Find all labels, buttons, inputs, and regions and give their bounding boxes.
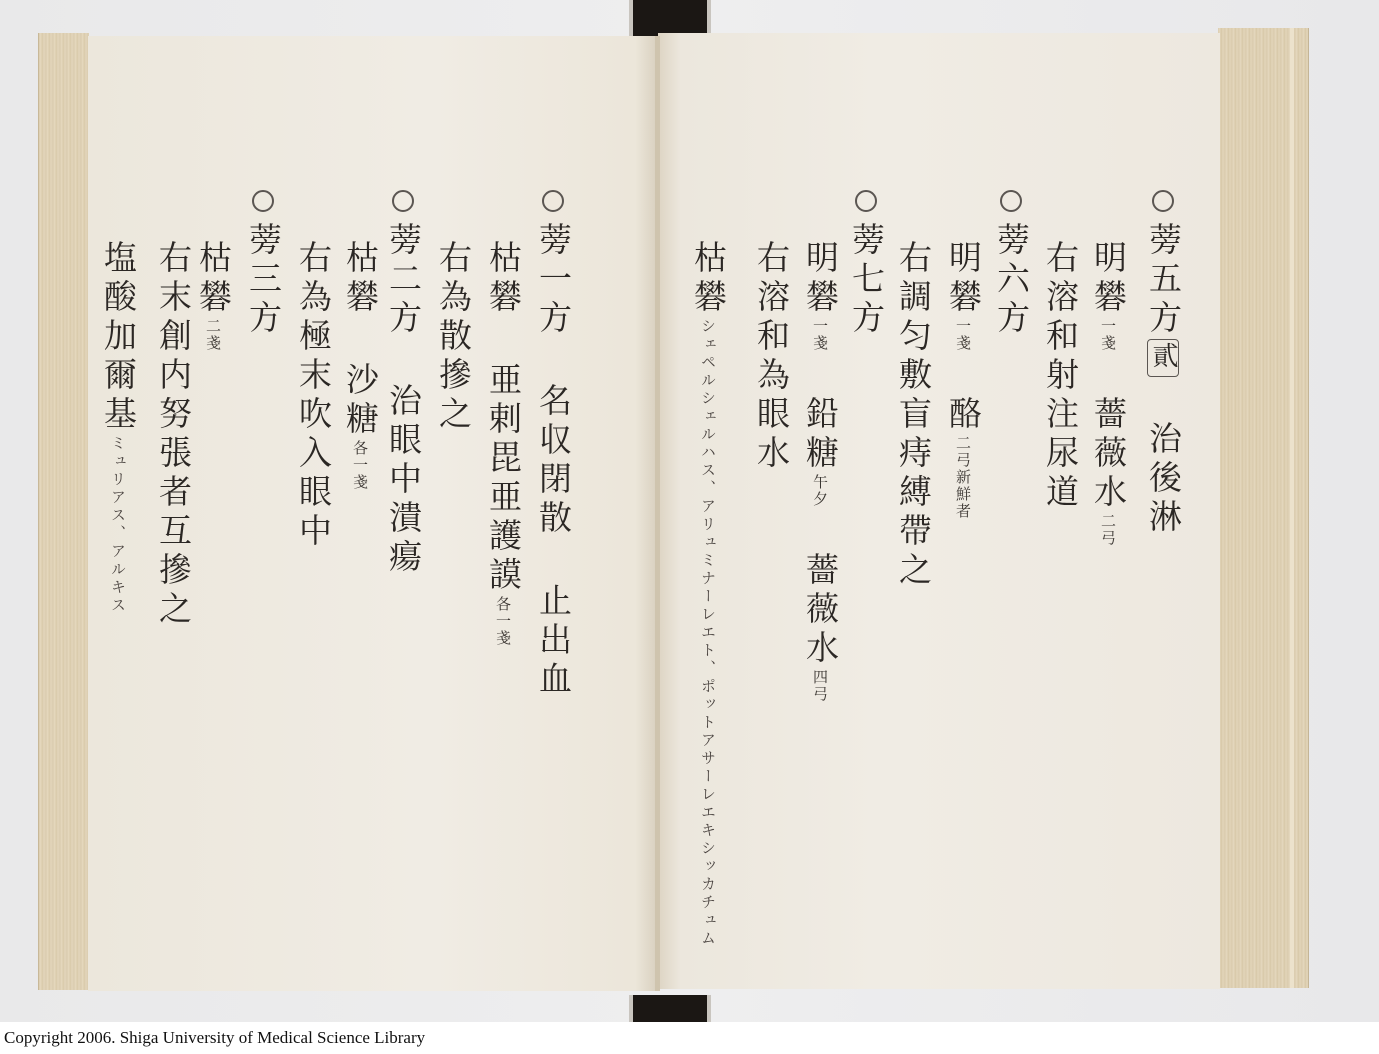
text-column: 枯礬二戔 bbox=[197, 240, 230, 352]
text-column: 枯礬沙糖各一戔 bbox=[344, 240, 377, 491]
column-text: 右調匀敷盲痔縛帶之 bbox=[894, 240, 933, 591]
column-text: 枯礬 bbox=[689, 240, 728, 318]
column-text: 右為極末吹入眼中 bbox=[294, 240, 333, 552]
column-text: 蒡二方 bbox=[384, 222, 423, 339]
column-text: 沙糖 bbox=[341, 362, 380, 440]
dosage-note: 一戔 bbox=[954, 318, 972, 352]
text-column: 蒡三方 bbox=[247, 190, 280, 339]
dosage-note: 各一戔 bbox=[351, 440, 369, 491]
column-text: 枯礬 bbox=[194, 240, 233, 318]
column-text: 蒡三方 bbox=[244, 222, 283, 339]
text-column: 右末創内努張者互摻之 bbox=[157, 240, 190, 630]
right-page-stack-edge bbox=[1218, 28, 1309, 988]
column-text: 蒡五方 bbox=[1144, 222, 1183, 339]
dosage-note: 二弓 bbox=[1099, 513, 1117, 547]
column-text: 名収閉散 bbox=[534, 383, 573, 539]
dosage-note: 二戔 bbox=[204, 318, 222, 352]
column-text: 蒡六方 bbox=[992, 222, 1031, 339]
column-text: 枯礬 bbox=[341, 240, 380, 318]
dosage-note: 二弓 bbox=[954, 435, 972, 469]
dosage-note: 各一戔 bbox=[494, 596, 512, 647]
column-text: 治眼中潰瘍 bbox=[384, 383, 423, 578]
column-text: 右溶和為眼水 bbox=[752, 240, 791, 474]
binding-strap-top bbox=[633, 0, 707, 36]
dosage-note: 四弓 bbox=[811, 669, 829, 703]
circle-marker-icon bbox=[542, 190, 564, 212]
column-text: 酪 bbox=[944, 396, 983, 435]
katakana-gloss: ミュリアス、アルキス bbox=[109, 435, 127, 615]
dosage-note: 新鮮者 bbox=[954, 469, 972, 520]
column-text: 薔薇水 bbox=[1089, 396, 1128, 513]
text-column: 蒡一方名収閉散止出血 bbox=[537, 190, 570, 700]
text-column: 枯礬亜剌毘亜護謨各一戔 bbox=[487, 240, 520, 647]
text-column: 右為極末吹入眼中 bbox=[297, 240, 330, 552]
column-text: 枯礬 bbox=[484, 240, 523, 318]
column-text: 明礬 bbox=[944, 240, 983, 318]
dosage-note: 一戔 bbox=[811, 318, 829, 352]
text-column: 右溶和射注尿道 bbox=[1044, 240, 1077, 513]
text-column: 塩酸加爾基ミュリアス、アルキス bbox=[102, 240, 135, 615]
text-column: 明礬一戔酪二弓新鮮者 bbox=[947, 240, 980, 520]
column-text: 蒡七方 bbox=[847, 222, 886, 339]
circle-marker-icon bbox=[1000, 190, 1022, 212]
dosage-note: 一戔 bbox=[1099, 318, 1117, 352]
column-text: 明礬 bbox=[1089, 240, 1128, 318]
column-text: 止出血 bbox=[534, 583, 573, 700]
text-column: 右溶和為眼水 bbox=[755, 240, 788, 474]
text-column: 蒡七方 bbox=[850, 190, 883, 339]
text-column: 明礬一戔薔薇水二弓 bbox=[1092, 240, 1125, 547]
text-column: 蒡二方治眼中潰瘍 bbox=[387, 190, 420, 578]
column-text: 亜剌毘亜護謨 bbox=[484, 362, 523, 596]
text-column: 蒡六方 bbox=[995, 190, 1028, 339]
column-text: 蒡一方 bbox=[534, 222, 573, 339]
binding-strap-bottom bbox=[633, 995, 707, 1022]
right-page: 蒡五方貳治後淋明礬一戔薔薇水二弓右溶和射注尿道蒡六方明礬一戔酪二弓新鮮者右調匀敷… bbox=[658, 33, 1220, 989]
footer-bar: Copyright 2006. Shiga University of Medi… bbox=[0, 1022, 1379, 1054]
circle-marker-icon bbox=[855, 190, 877, 212]
column-text: 治後淋 bbox=[1144, 421, 1183, 538]
katakana-gloss: シェペルシェルハス、アリュミナーレエト、ポットアサーレエキシッカチュム bbox=[699, 318, 717, 948]
book-gutter bbox=[655, 36, 660, 991]
column-text: 右末創内努張者互摻之 bbox=[154, 240, 193, 630]
circle-marker-icon bbox=[1152, 190, 1174, 212]
left-page-stack-edge bbox=[38, 33, 89, 990]
column-text: 塩酸加爾基 bbox=[99, 240, 138, 435]
column-text: 右溶和射注尿道 bbox=[1041, 240, 1080, 513]
dosage-note: 午夕 bbox=[811, 474, 829, 508]
column-text: 右為散摻之 bbox=[434, 240, 473, 435]
text-column: 蒡五方貳治後淋 bbox=[1147, 190, 1180, 538]
text-column: 明礬一戔鉛糖午夕薔薇水四弓 bbox=[804, 240, 837, 703]
circle-marker-icon bbox=[392, 190, 414, 212]
column-text: 薔薇水 bbox=[801, 552, 840, 669]
circle-marker-icon bbox=[252, 190, 274, 212]
text-column: 右調匀敷盲痔縛帶之 bbox=[897, 240, 930, 591]
column-text: 明礬 bbox=[801, 240, 840, 318]
text-column: 枯礬シェペルシェルハス、アリュミナーレエト、ポットアサーレエキシッカチュム bbox=[692, 240, 725, 948]
column-text: 鉛糖 bbox=[801, 396, 840, 474]
text-column: 右為散摻之 bbox=[437, 240, 470, 435]
left-page: 蒡一方名収閉散止出血枯礬亜剌毘亜護謨各一戔右為散摻之蒡二方治眼中潰瘍枯礬沙糖各一… bbox=[88, 36, 658, 991]
copyright-notice: Copyright 2006. Shiga University of Medi… bbox=[4, 1028, 425, 1048]
boxed-mark: 貳 bbox=[1147, 339, 1179, 377]
